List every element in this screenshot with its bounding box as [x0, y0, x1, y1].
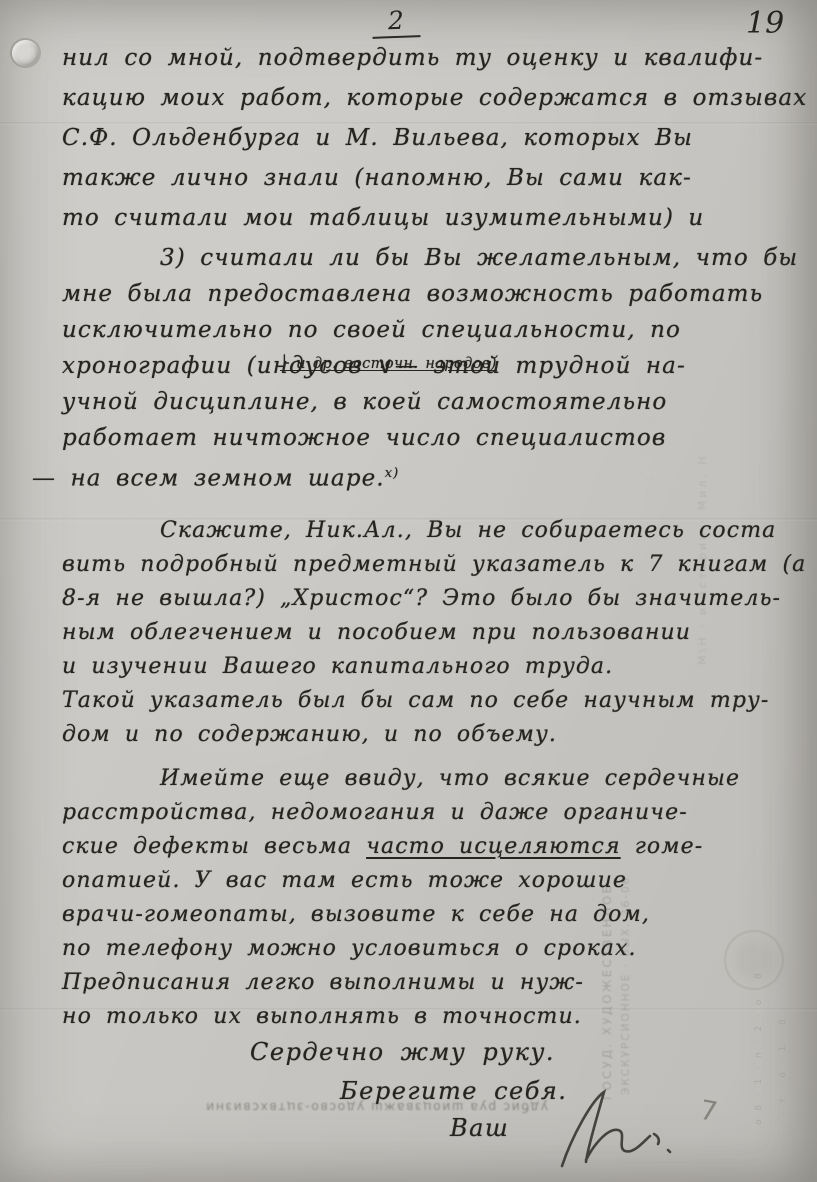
handwritten-letter-page: 2 19 нил со мной, подтвердить ту оценку … — [0, 0, 817, 1182]
handwritten-line: ным облегчением и пособием при пользован… — [62, 616, 792, 650]
handwritten-line: расстройства, недомогания и даже органич… — [62, 796, 792, 830]
handwritten-line: учной дисциплине, в коей самостоятельно — [62, 384, 792, 420]
handwritten-line: опатией. У вас там есть тоже хорошие — [62, 864, 792, 898]
letter-paragraph-4: Имейте еще ввиду, что всякие сердечныера… — [62, 762, 792, 1034]
handwritten-line: Имейте еще ввиду, что всякие сердечные — [62, 762, 792, 796]
handwritten-line: врачи-гомеопаты, вызовите к себе на дом, — [62, 898, 792, 932]
pencil-mark: 7 — [697, 1095, 719, 1129]
handwritten-line: Скажите, Ник.Ал., Вы не собираетесь сост… — [62, 514, 792, 548]
handwritten-line: по телефону можно условиться о сроках. — [62, 932, 792, 966]
closing-valediction: Ваш — [450, 1114, 509, 1142]
handwritten-line: кацию моих работ, которые содержатся в о… — [62, 78, 792, 118]
signature-flourish — [548, 1088, 698, 1178]
archive-sheet-number: 19 — [746, 6, 784, 41]
handwritten-line: Предписания легко выполнимы и нуж- — [62, 966, 792, 1000]
closing-handshake-line: Сердечно жму руку. — [250, 1038, 555, 1066]
page-number: 2 — [372, 6, 420, 38]
handwritten-line: также лично знали (напомню, Вы сами как- — [62, 158, 792, 198]
handwritten-line: 8-я не вышла?) „Христос“? Это было бы зн… — [62, 582, 792, 616]
handwritten-line: — на всем земном шаре.х) — [32, 456, 792, 497]
handwritten-line: мне была предоставлена возможность работ… — [62, 276, 792, 312]
handwritten-line: Такой указатель был бы сам по себе научн… — [62, 684, 792, 718]
letter-paragraph-1: нил со мной, подтвердить ту оценку и ква… — [62, 38, 792, 238]
handwritten-line: ские дефекты весьма часто исцеляются гом… — [62, 830, 792, 864]
page-number-value: 2 — [371, 5, 420, 39]
handwritten-line: и изучении Вашего капитального труда. — [62, 650, 792, 684]
handwritten-line: 3) считали ли бы Вы желательным, что бы — [62, 240, 792, 276]
closing-farewell-line: Берегите себя. — [340, 1077, 567, 1105]
handwritten-line: но только их выполнять в точности. — [62, 1000, 792, 1034]
handwritten-line: дом и по содержанию, и по объему. — [62, 718, 792, 752]
handwritten-line: нил со мной, подтвердить ту оценку и ква… — [62, 38, 792, 78]
handwritten-line: вить подробный предметный указатель к 7 … — [62, 548, 792, 582]
round-stamp-impression — [724, 930, 784, 990]
handwritten-line: работает ничтожное число специалистов — [62, 420, 792, 456]
letter-paragraph-2: 3) считали ли бы Вы желательным, что бым… — [62, 240, 792, 497]
handwritten-line: С.Ф. Ольденбурга и М. Вильева, которых В… — [62, 118, 792, 158]
handwritten-line: то считали мои таблицы изумительными) и — [62, 198, 792, 238]
paper-emboss-mark — [12, 40, 39, 66]
letter-paragraph-3: Скажите, Ник.Ал., Вы не собираетесь сост… — [62, 514, 792, 752]
handwritten-line: исключительно по своей специальности, по — [62, 312, 792, 348]
